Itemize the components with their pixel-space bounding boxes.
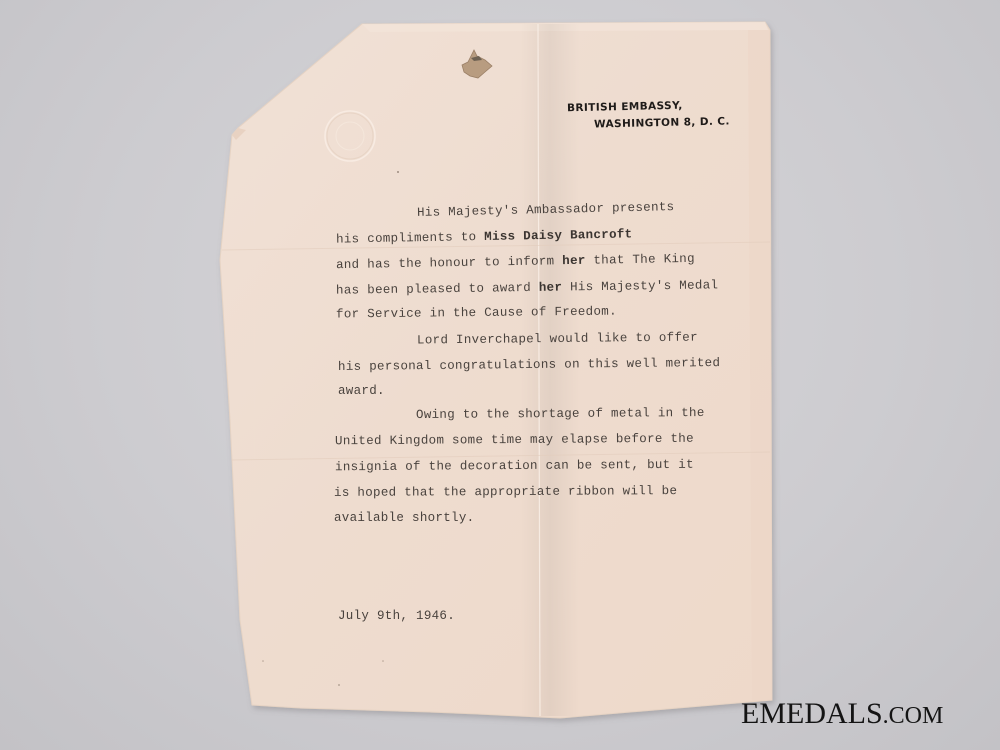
watermark-brand: EMEDALS: [741, 697, 883, 730]
letter-text-bold: her: [562, 254, 586, 268]
letter-text: has been pleased to award: [336, 281, 539, 298]
letter-text: that The King: [586, 252, 695, 268]
letter-text-bold: her: [539, 281, 563, 295]
photo-background: [0, 0, 1000, 750]
letter-line: is hoped that the appropriate ribbon wil…: [334, 484, 677, 500]
letter-line: award.: [338, 384, 385, 398]
watermark-domain: .COM: [883, 703, 944, 729]
letter-date: July 9th, 1946.: [338, 609, 455, 623]
letter-line: United Kingdom some time may elapse befo…: [335, 432, 694, 449]
emedals-watermark: EMEDALS.COM: [741, 697, 943, 731]
letter-text: His Majesty's Medal: [562, 278, 718, 294]
letter-line: Lord Inverchapel would like to offer: [417, 331, 698, 348]
recipient-name: Miss Daisy Bancroft: [484, 227, 632, 244]
letter-text: his compliments to: [336, 230, 484, 247]
letter-line: available shortly.: [334, 511, 474, 525]
letter-line: Owing to the shortage of metal in the: [416, 406, 705, 422]
letter-line: insignia of the decoration can be sent, …: [335, 458, 694, 475]
letter-line: for Service in the Cause of Freedom.: [336, 305, 617, 322]
